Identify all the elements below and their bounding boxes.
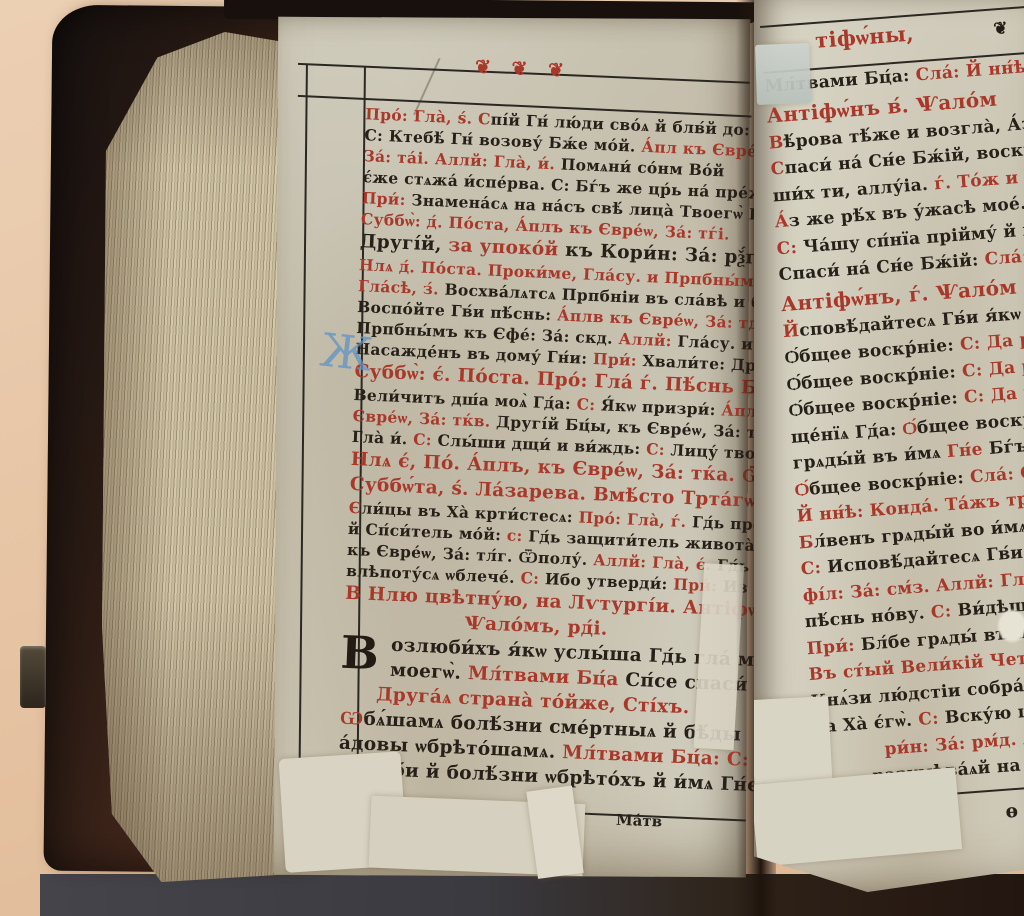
right-page-text-lines: Мл́твами Бц́а: Сла́: Й нн́ѣ: МАнтіфѡ́нъ … (764, 42, 1024, 794)
left-page-text: Про́: Гла̀, ѕ́. Спі́й Гн́ лю́ди сво́ѧ й … (337, 103, 749, 796)
signature-mark: ѳ (1005, 799, 1019, 822)
text-segment: Аллй: (618, 329, 678, 350)
text-segment: С: (576, 394, 601, 414)
text-segment: С: (930, 601, 958, 623)
text-segment: При́: (361, 188, 411, 209)
right-page: тіфѡ́ны, ❦ Мл́твами Бц́а: Сла́: Й нн́ѣ: … (754, 0, 1024, 892)
clasp-hinge (20, 646, 46, 708)
repair-patch (751, 767, 962, 867)
text-segment: Бѓъ Гд́ь (988, 433, 1024, 459)
text-segment: Сла́: Й н: (984, 243, 1024, 270)
text-segment: С: (800, 557, 828, 579)
catchword: Ма́тв (616, 811, 663, 831)
headpiece-ornament: ❦ ❦ ❦ (428, 54, 619, 84)
text-segment: С: Да рече́т (961, 353, 1024, 382)
photo-of-open-antique-book: ❦ ❦ ❦ Про́: Гла̀, ѕ́. Спі́й Гн́ лю́ди св… (0, 0, 1024, 916)
text-segment: С: (918, 708, 946, 730)
text-segment: Другі́й, (360, 231, 449, 256)
text-segment: за упоко́й (448, 235, 566, 261)
text-segment: Ѡ (340, 708, 364, 730)
text-segment: с: (506, 526, 528, 546)
text-segment: С: Да реку́т (963, 379, 1024, 408)
text-segment: Гла́сѣ, з́. (358, 276, 445, 299)
page-block-fore-edge (102, 32, 300, 882)
text-segment: Вску́ю шата́ (944, 699, 1024, 728)
text-segment: При́: (806, 635, 862, 659)
text-segment: С: (646, 439, 671, 459)
text-segment: В (768, 132, 784, 153)
text-segment: ѓ. То́ж и дру (933, 164, 1024, 193)
text-segment: При́: (593, 349, 643, 370)
text-segment: моегѡ̀. (390, 660, 469, 684)
fleuron-icon: ❦ (993, 18, 1009, 39)
text-segment: С (770, 159, 785, 180)
text-segment: С: (776, 237, 804, 259)
text-segment: Й (782, 320, 800, 341)
text-segment: С: (413, 430, 438, 450)
text-segment: Б (798, 532, 814, 553)
margin-annotation: Ж (318, 322, 375, 381)
tape-patch (755, 43, 811, 105)
paper-spot (998, 610, 1024, 642)
text-segment: Гла̀ и́. (351, 427, 413, 449)
text-segment: С: (520, 568, 545, 588)
text-segment: Гн́е (946, 439, 990, 462)
running-header-text: тіфѡ́ны, (814, 21, 914, 53)
left-page: ❦ ❦ ❦ Про́: Гла̀, ѕ́. Спі́й Гн́ лю́ди св… (274, 17, 750, 877)
text-segment: Є (348, 498, 361, 518)
ruled-line-margin-outer (298, 64, 308, 806)
